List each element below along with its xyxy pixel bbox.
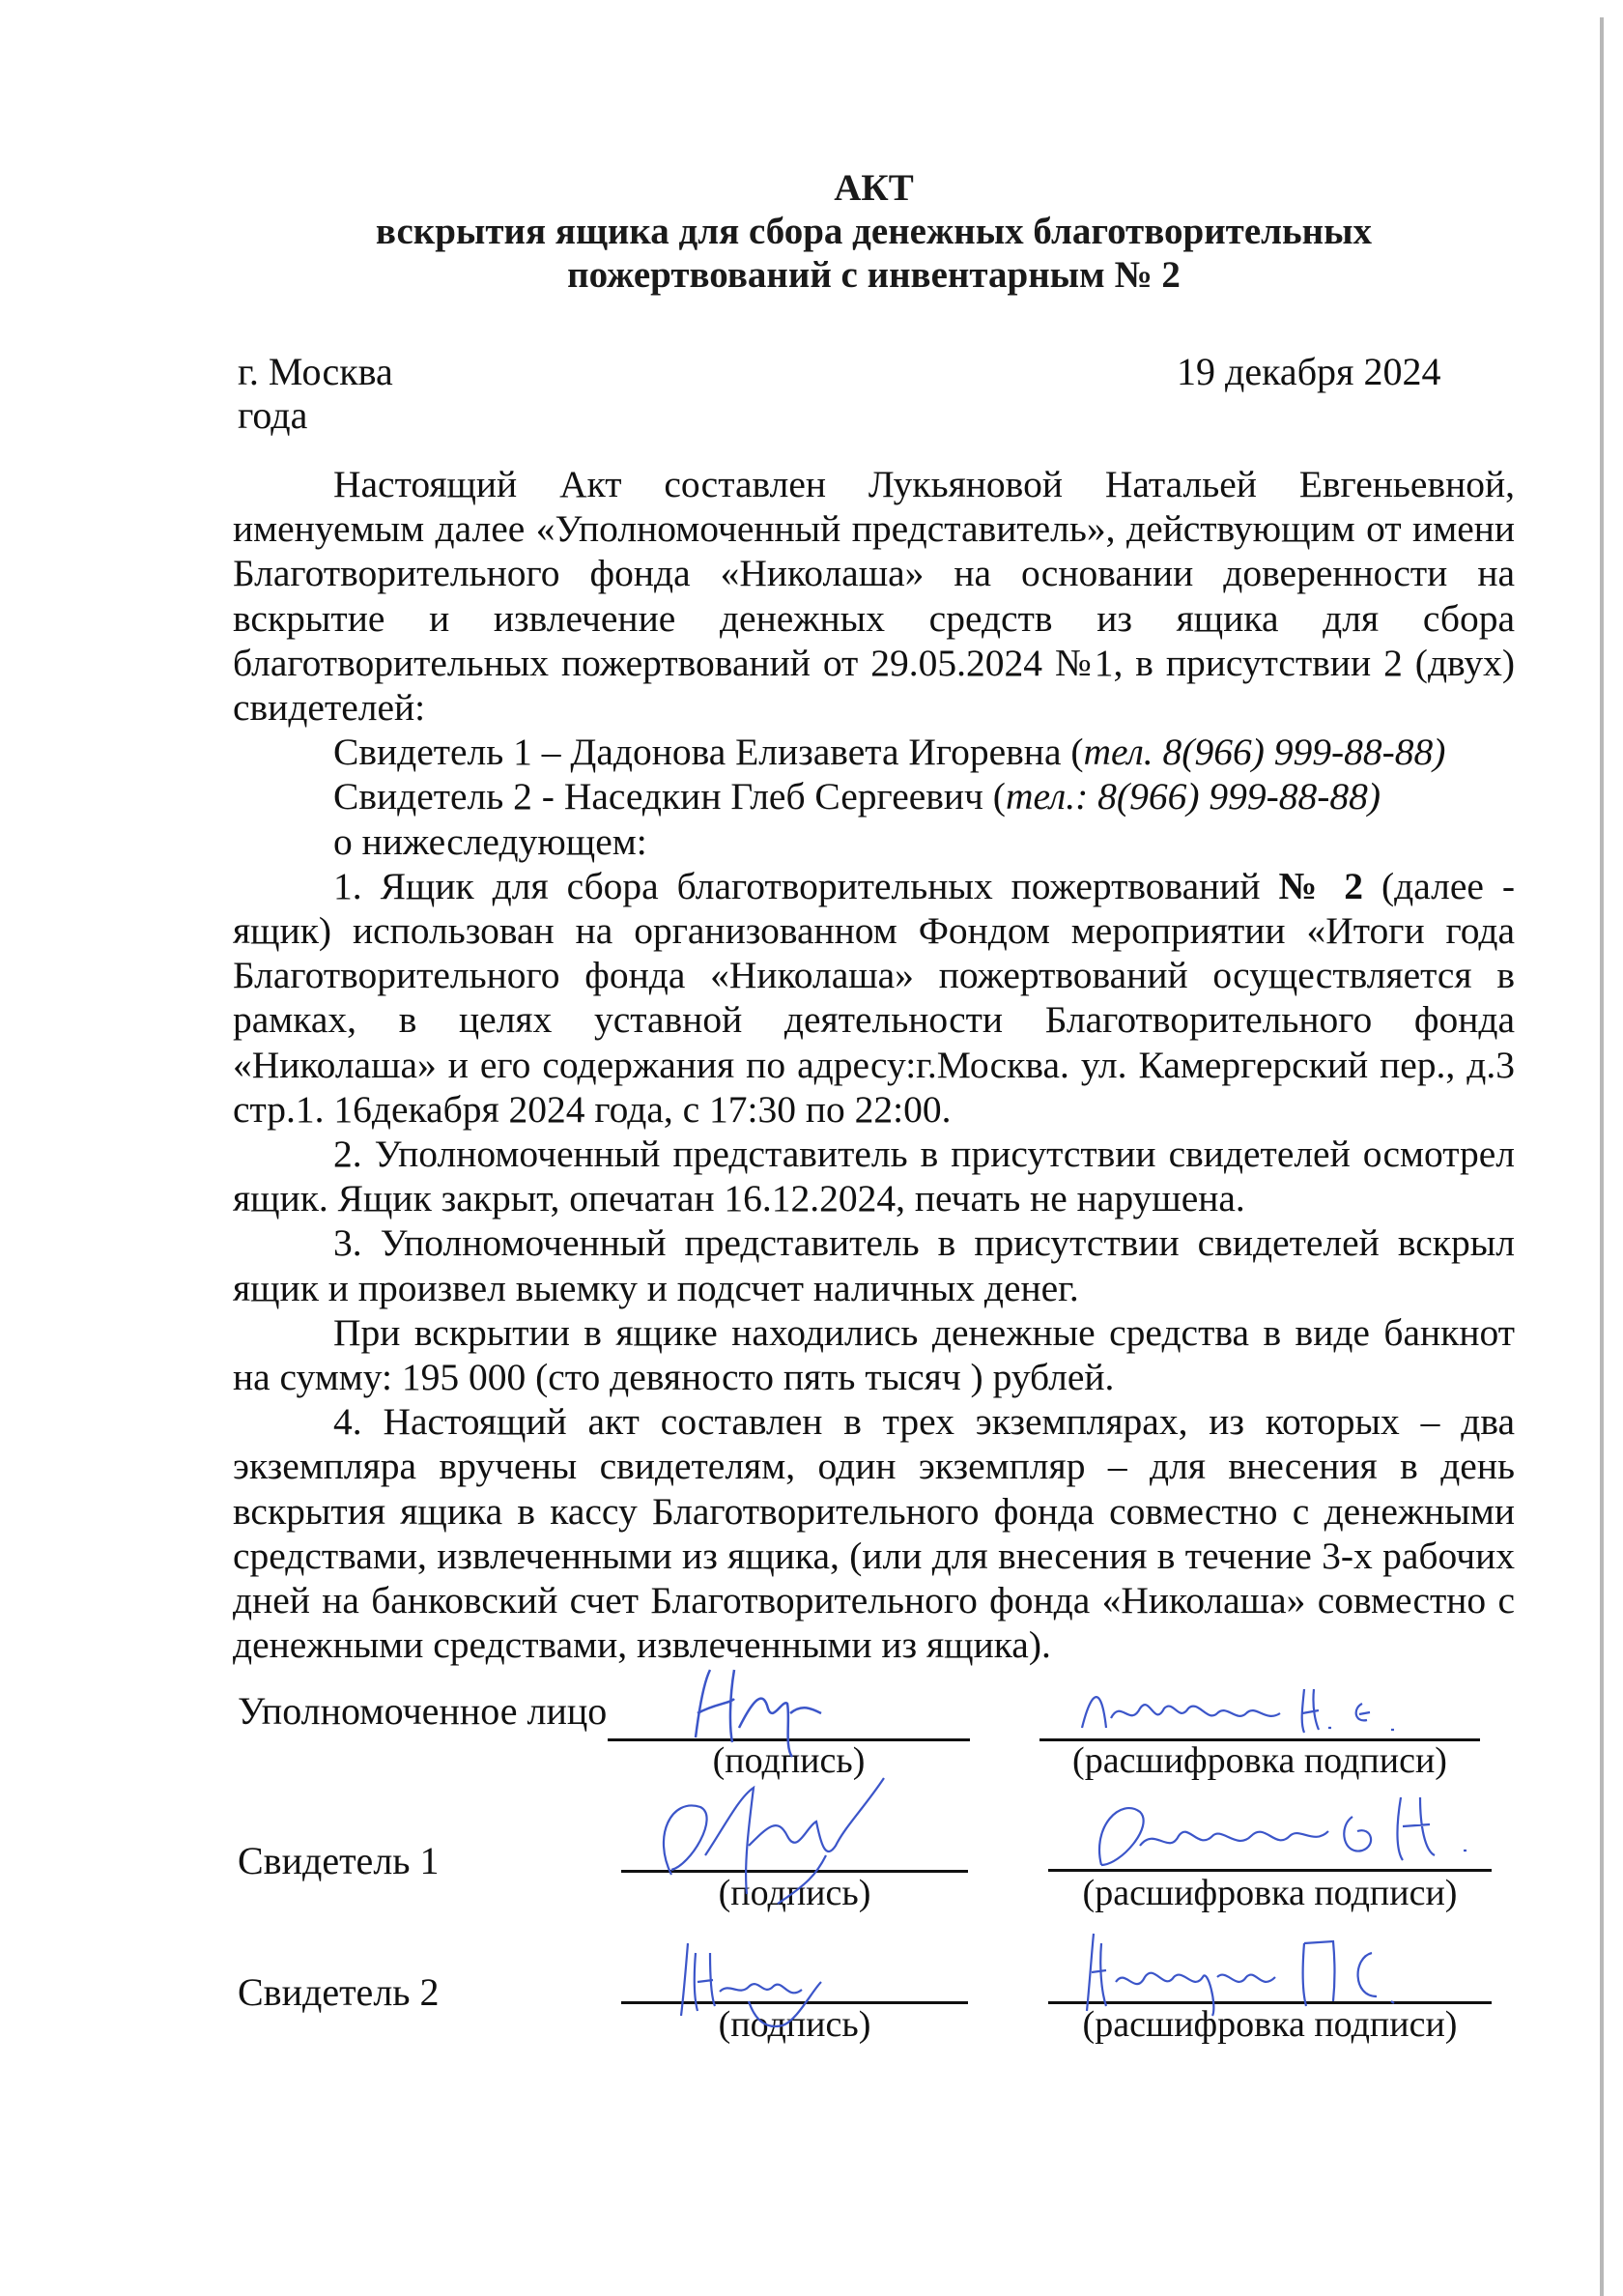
place-year-suffix: года — [238, 393, 393, 437]
handwritten-name-icon — [1082, 1778, 1507, 1884]
item-3: 3. Уполномоченный представитель в присут… — [233, 1220, 1515, 1309]
handwritten-name-icon — [1072, 1924, 1439, 2021]
handwritten-signature-icon — [633, 1768, 942, 1913]
signature-label: Свидетель 2 — [238, 1970, 440, 2014]
item-4: 4. Настоящий акт составлен в трех экземп… — [233, 1399, 1515, 1667]
item-1-box-number: № 2 — [1279, 865, 1363, 907]
document-date: 19 декабря 2024 — [1177, 350, 1440, 393]
item-1: 1. Ящик для сбора благотворительных поже… — [233, 864, 1515, 1132]
handwritten-name-icon — [1072, 1670, 1478, 1747]
place-block: г. Москва года — [238, 350, 393, 437]
title-line-3: пожертвований с инвентарным № 2 — [233, 253, 1515, 297]
intro-paragraph: Настоящий Акт составлен Лукьяновой Натал… — [233, 462, 1515, 730]
witness-1-name: Свидетель 1 – Дадонова Елизавета Игоревн… — [333, 731, 1084, 773]
document-body: Настоящий Акт составлен Лукьяновой Натал… — [233, 462, 1515, 1667]
title-line-1: АКТ — [233, 166, 1515, 210]
witness-2-line: Свидетель 2 - Наседкин Глеб Сергеевич (т… — [233, 774, 1515, 818]
witness-1-phone: тел. 8(966) 999-88-88) — [1084, 731, 1446, 773]
witness-2-phone: тел.: 8(966) 999-88-88) — [1006, 775, 1381, 818]
cash-amount-paragraph: При вскрытии в ящике находились денежные… — [233, 1310, 1515, 1399]
signature-row-witness-1: Свидетель 1 (подпись) (расшифровка подпи… — [0, 1822, 1623, 1928]
following-line: о нижеследующем: — [233, 819, 1515, 864]
signature-label: Уполномоченное лицо — [238, 1689, 607, 1733]
handwritten-signature-icon — [657, 1934, 850, 2040]
document-title: АКТ вскрытия ящика для сбора денежных бл… — [233, 166, 1515, 297]
item-1-prefix: 1. Ящик для сбора благотворительных поже… — [333, 865, 1279, 907]
signature-label: Свидетель 1 — [238, 1839, 440, 1882]
witness-2-name: Свидетель 2 - Наседкин Глеб Сергеевич ( — [333, 775, 1006, 818]
title-line-2: вскрытия ящика для сбора денежных благот… — [233, 210, 1515, 253]
witness-1-line: Свидетель 1 – Дадонова Елизавета Игоревн… — [233, 730, 1515, 774]
place-city: г. Москва — [238, 350, 393, 393]
signature-row-witness-2: Свидетель 2 (подпись) (расшифровка подпи… — [0, 1953, 1623, 2059]
handwritten-signature-icon — [676, 1660, 869, 1766]
item-2: 2. Уполномоченный представитель в присут… — [233, 1132, 1515, 1220]
